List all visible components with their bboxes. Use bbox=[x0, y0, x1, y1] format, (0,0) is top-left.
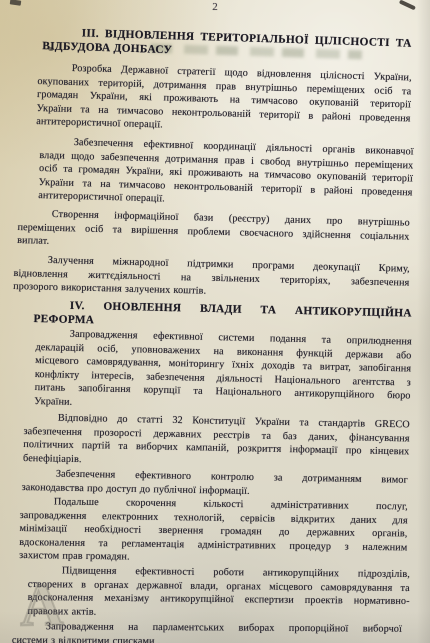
document-body: III. ВІДНОВЛЕННЯ ТЕРИТОРІАЛЬНОЇ ЦІЛІСНОС… bbox=[38, 25, 412, 643]
paragraph: Відповідно до статті 32 Конституції Укра… bbox=[23, 411, 410, 473]
page-number: 2 bbox=[0, 1, 430, 13]
paragraph: Запровадження на парламентських виборах … bbox=[12, 620, 402, 643]
section-heading-3: III. ВІДНОВЛЕННЯ ТЕРИТОРІАЛЬНОЇ ЦІЛІСНОС… bbox=[37, 25, 412, 65]
paragraph: Подальше скорочення кількості адміністра… bbox=[19, 495, 408, 568]
paragraph: Створення інформаційної бази (реєстру) д… bbox=[17, 207, 410, 257]
paragraph: Залучення міжнародної підтримки програми… bbox=[13, 253, 410, 303]
scanned-page: 2 III. ВІДНОВЛЕННЯ ТЕРИТОРІАЛЬНОЇ ЦІЛІСН… bbox=[0, 0, 430, 643]
paragraph: Запровадження ефективної системи подання… bbox=[34, 327, 412, 417]
paragraph: Забезпечення ефективної координації діял… bbox=[38, 135, 414, 213]
paragraph: Підвищення ефективності роботи антикоруп… bbox=[27, 564, 410, 622]
paragraph: Розробка Державної стратегії щодо віднов… bbox=[36, 61, 412, 139]
